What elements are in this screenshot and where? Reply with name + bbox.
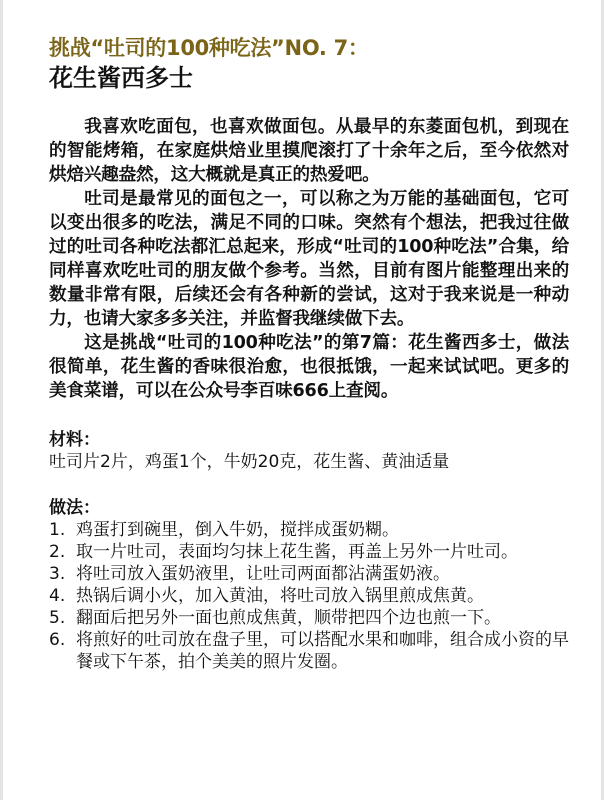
step-text: 翻面后把另外一面也煎成焦黄，顺带把四个边也煎一下。 [76, 607, 569, 629]
step-number: 2. [49, 541, 76, 563]
method-steps-list: 1. 鸡蛋打到碗里，倒入牛奶，搅拌成蛋奶糊。 2. 取一片吐司，表面均匀抹上花生… [49, 519, 569, 673]
article-series-title: 挑战“吐司的100种吃法”NO. 7： [49, 34, 569, 62]
step-number: 5. [49, 607, 76, 629]
step-item: 2. 取一片吐司，表面均匀抹上花生酱，再盖上另外一片吐司。 [49, 541, 569, 563]
step-item: 3. 将吐司放入蛋奶液里，让吐司两面都沾满蛋奶液。 [49, 563, 569, 585]
intro-paragraph: 吐司是最常见的面包之一，可以称之为万能的基础面包，它可以变出很多的吃法，满足不同… [49, 187, 569, 331]
step-item: 1. 鸡蛋打到碗里，倒入牛奶，搅拌成蛋奶糊。 [49, 519, 569, 541]
step-item: 6. 将煎好的吐司放在盘子里，可以搭配水果和咖啡，组合成小资的早餐或下午茶，拍个… [49, 629, 569, 673]
step-number: 1. [49, 519, 76, 541]
step-text: 鸡蛋打到碗里，倒入牛奶，搅拌成蛋奶糊。 [76, 519, 569, 541]
step-text: 取一片吐司，表面均匀抹上花生酱，再盖上另外一片吐司。 [76, 541, 569, 563]
article-title: 花生酱西多士 [49, 63, 569, 93]
intro-section: 我喜欢吃面包，也喜欢做面包。从最早的东菱面包机，到现在的智能烤箱，在家庭烘焙业里… [49, 115, 569, 403]
intro-paragraph: 这是挑战“吐司的100种吃法”的第7篇：花生酱西多士，做法很简单，花生酱的香味很… [49, 331, 569, 403]
method-heading: 做法： [49, 497, 569, 519]
step-number: 4. [49, 585, 76, 607]
step-number: 3. [49, 563, 76, 585]
step-number: 6. [49, 629, 76, 673]
intro-paragraph: 我喜欢吃面包，也喜欢做面包。从最早的东菱面包机，到现在的智能烤箱，在家庭烘焙业里… [49, 115, 569, 187]
step-text: 将煎好的吐司放在盘子里，可以搭配水果和咖啡，组合成小资的早餐或下午茶，拍个美美的… [76, 629, 569, 673]
page-frame: 挑战“吐司的100种吃法”NO. 7： 花生酱西多士 我喜欢吃面包，也喜欢做面包… [0, 0, 604, 800]
step-item: 4. 热锅后调小火，加入黄油，将吐司放入锅里煎成焦黄。 [49, 585, 569, 607]
materials-text: 吐司片2片，鸡蛋1个，牛奶20克，花生酱、黄油适量 [49, 451, 569, 473]
step-text: 热锅后调小火，加入黄油，将吐司放入锅里煎成焦黄。 [76, 585, 569, 607]
step-item: 5. 翻面后把另外一面也煎成焦黄，顺带把四个边也煎一下。 [49, 607, 569, 629]
article-content: 挑战“吐司的100种吃法”NO. 7： 花生酱西多士 我喜欢吃面包，也喜欢做面包… [49, 34, 569, 673]
materials-heading: 材料： [49, 429, 569, 451]
step-text: 将吐司放入蛋奶液里，让吐司两面都沾满蛋奶液。 [76, 563, 569, 585]
